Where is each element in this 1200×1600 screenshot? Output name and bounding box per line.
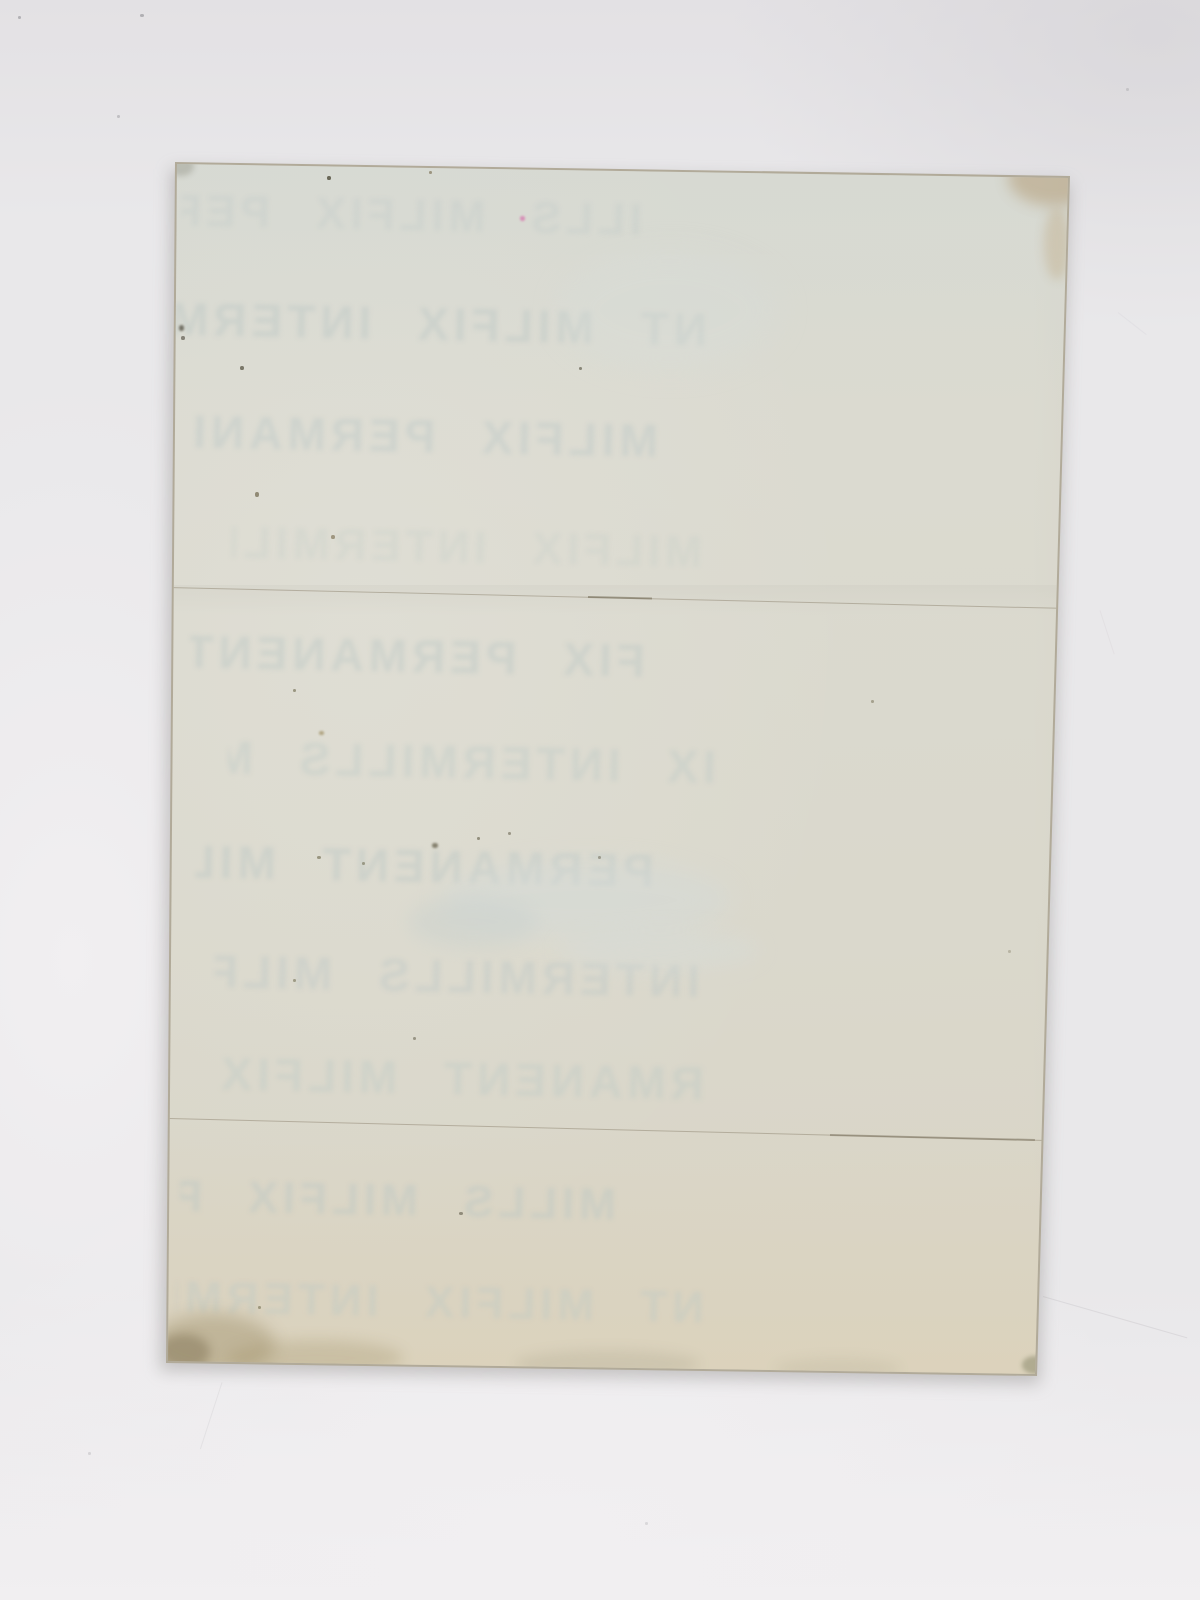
speck bbox=[477, 837, 480, 840]
speck bbox=[579, 367, 582, 370]
photo: ILLS MILFIX PERM NT MILFIX INTERMIL MILF… bbox=[0, 0, 1200, 1600]
line bbox=[830, 1134, 1035, 1141]
speck bbox=[508, 832, 511, 835]
speck bbox=[1008, 950, 1011, 953]
smudge bbox=[408, 896, 538, 948]
speck bbox=[331, 535, 335, 539]
speck bbox=[520, 216, 525, 221]
speck bbox=[459, 1212, 463, 1215]
speck bbox=[240, 366, 244, 370]
speck bbox=[327, 176, 331, 180]
speck bbox=[181, 336, 185, 340]
speck bbox=[413, 1037, 416, 1040]
speck bbox=[179, 325, 184, 331]
speck bbox=[598, 856, 601, 859]
smudge bbox=[560, 930, 760, 970]
card-marks-layer bbox=[0, 0, 1200, 1600]
card-face: ILLS MILFIX PERM NT MILFIX INTERMIL MILF… bbox=[0, 0, 1200, 1600]
smudge bbox=[560, 250, 780, 370]
speck bbox=[871, 700, 874, 703]
speck bbox=[258, 1306, 261, 1309]
speck bbox=[293, 689, 296, 692]
speck bbox=[362, 862, 365, 865]
speck bbox=[317, 856, 321, 859]
line bbox=[169, 1118, 1046, 1141]
speck bbox=[432, 843, 438, 848]
speck bbox=[319, 731, 324, 735]
speck bbox=[429, 171, 432, 174]
speck bbox=[255, 492, 259, 497]
speck bbox=[293, 979, 296, 982]
